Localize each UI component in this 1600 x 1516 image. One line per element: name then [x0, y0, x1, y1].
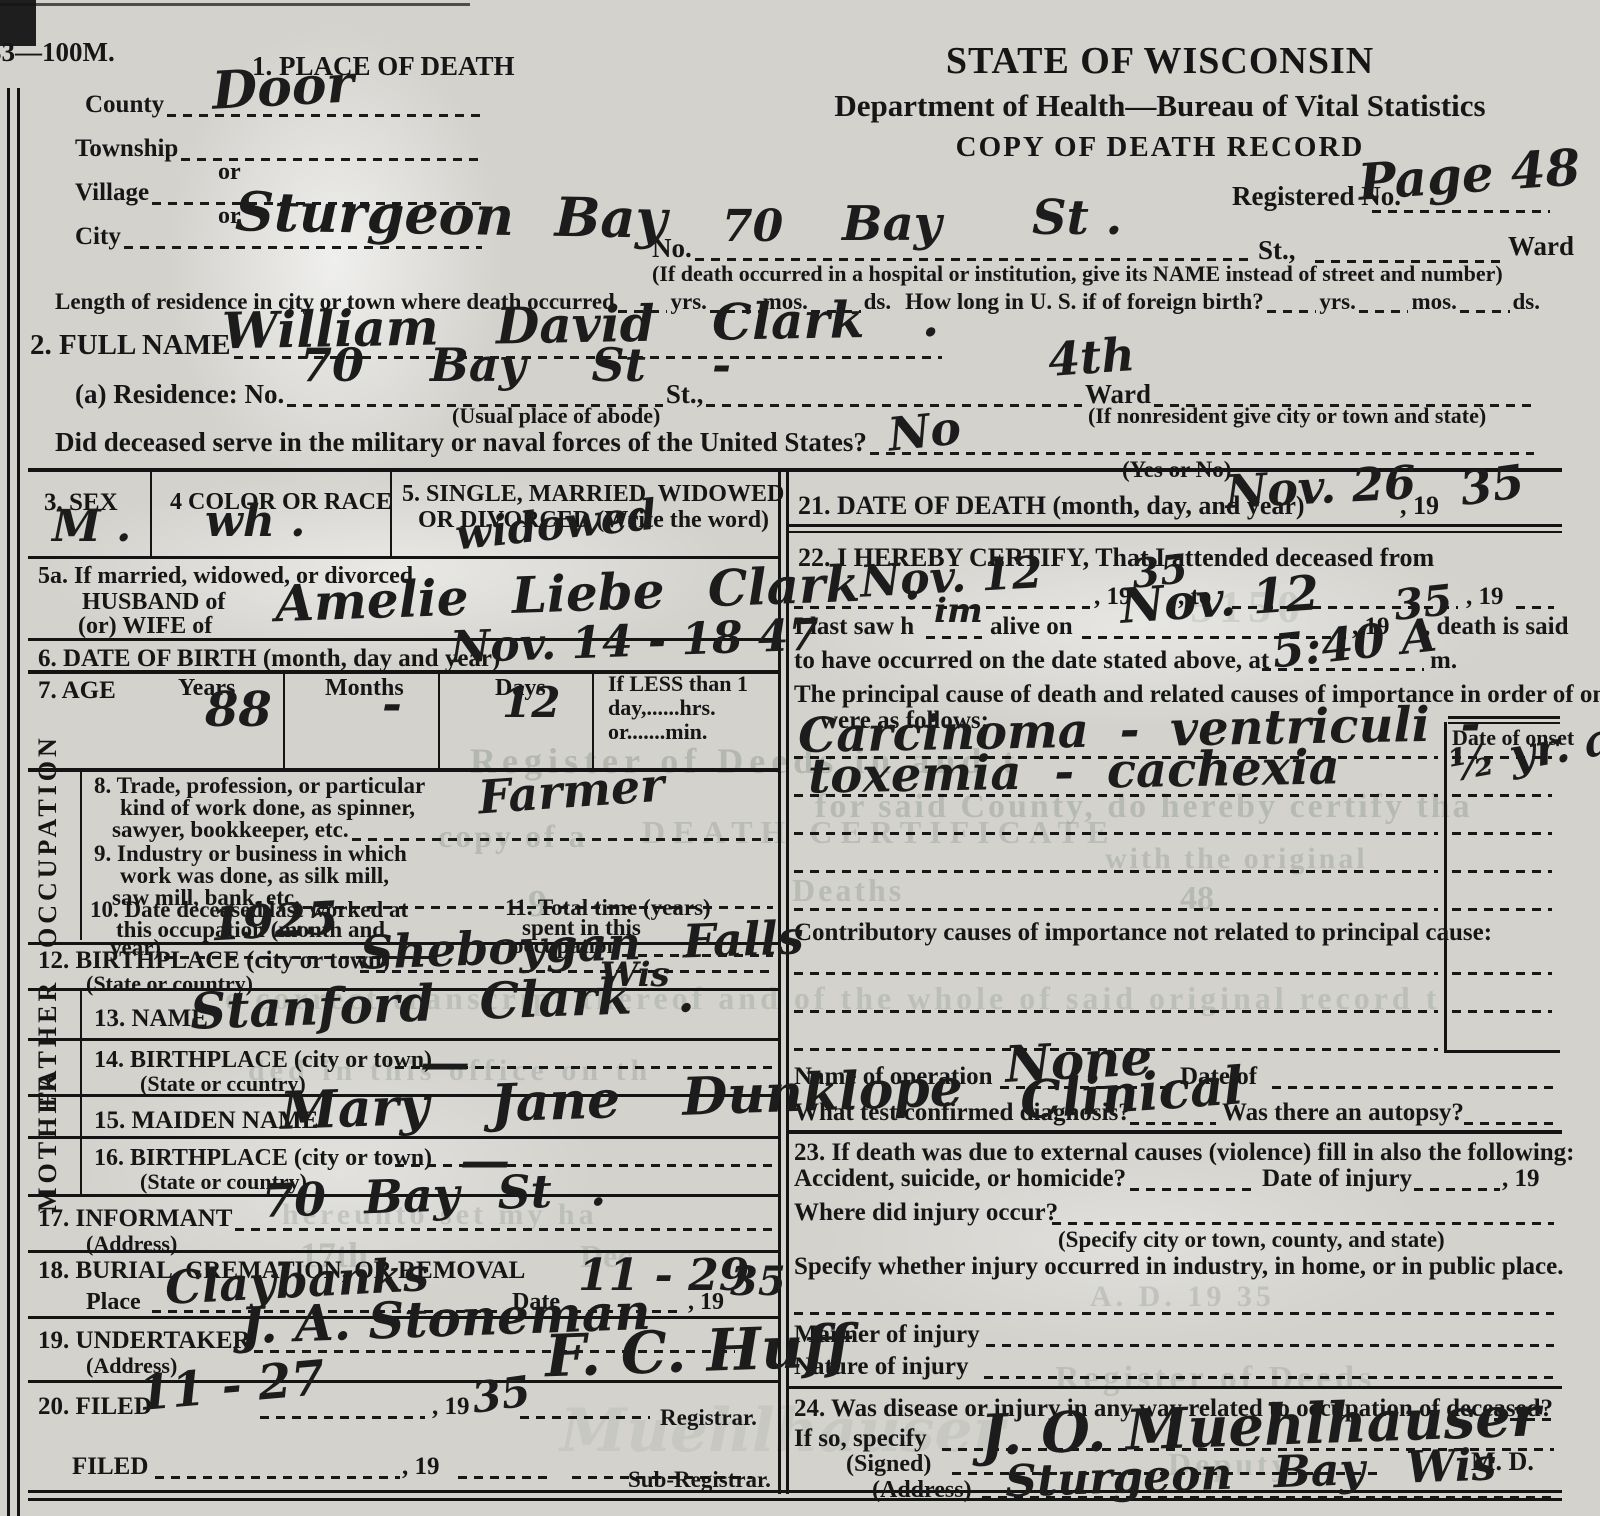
contrib-line [794, 972, 1438, 975]
cell-divider [592, 674, 594, 768]
q8-label-3: sawyer, bookkeeper, etc. [112, 818, 349, 842]
cell-divider [150, 472, 152, 556]
cell-divider [438, 674, 440, 768]
death-record-scan: 33—100M. 1. PLACE OF DEATH County Door T… [0, 0, 1600, 1516]
q21-rule-inner [789, 531, 1562, 533]
ghost-text: A. D. 19 35 [1090, 1280, 1275, 1314]
specify-city-note: (Specify city or town, county, and state… [1058, 1228, 1445, 1252]
injury-date-line [1414, 1188, 1500, 1191]
leader-line [1267, 295, 1317, 313]
registrar-label: Registrar. [660, 1406, 757, 1430]
cause2-handwriting: toxemia - cachexia [808, 743, 1341, 800]
onset-line [1452, 972, 1552, 975]
father-rule [80, 990, 82, 1094]
state-title: STATE OF WISCONSIN [760, 42, 1560, 82]
contrib-line [794, 1010, 1438, 1013]
where-injury-label: Where did injury occur? [794, 1200, 1058, 1226]
specify-line [794, 1312, 1554, 1315]
attended-to-year-printed: , 19 [1466, 584, 1504, 610]
accident-label: Accident, suicide, or homicide? [794, 1166, 1126, 1192]
leader-line [1359, 295, 1409, 313]
ghost-text: 48 [1180, 880, 1214, 918]
accident-line [1130, 1188, 1258, 1191]
street-no-value-handwriting: 70 [722, 205, 783, 249]
nonresident-note: (If nonresident give city or town and st… [1088, 404, 1486, 427]
q18-place-label: Place [86, 1290, 141, 1315]
left-border-outer [7, 88, 10, 1516]
q13-value-handwriting: Stanford Clark . [189, 969, 695, 1037]
registered-no-value-handwriting: Page 48 [1357, 142, 1582, 207]
onset-line [1452, 870, 1552, 873]
cause-line [794, 908, 1438, 911]
age-less-label-2: day,......hrs. [608, 696, 716, 719]
occupation-side-label: OCCUPATION [33, 758, 63, 948]
age-days-handwriting: 12 [502, 682, 560, 724]
form-code: 33—100M. [0, 38, 115, 66]
township-label: Township [75, 136, 178, 162]
q17-value-handwriting: 70 Bay St . [261, 1166, 606, 1224]
onset-box-vline [1444, 722, 1447, 1052]
section-rule [28, 1038, 780, 1041]
filed2-year-printed: , 19 [402, 1454, 440, 1480]
age-less-label-3: or.......min. [608, 720, 707, 743]
scan-top-edge [0, 3, 470, 6]
q16-label: 16. BIRTHPLACE (city or town) [94, 1146, 432, 1171]
residence-label: (a) Residence: No. [75, 380, 284, 408]
occurred-label: to have occurred on the date stated abov… [794, 648, 1269, 674]
onset-box-bottom [1444, 1050, 1560, 1053]
q21-value-handwriting: Nov. 26 [1224, 459, 1417, 515]
test-value-handwriting: Clinical [1018, 1060, 1245, 1127]
spouse-label-2: HUSBAND of [82, 590, 225, 615]
q20-year-handwriting: 35 [469, 1370, 533, 1420]
q17-label: 17. INFORMANT [38, 1206, 232, 1232]
q19-label: 19. UNDERTAKER [38, 1328, 251, 1354]
abode-note: (Usual place of abode) [452, 404, 660, 427]
filed2-line-2 [458, 1476, 548, 1479]
cell-divider [283, 674, 285, 768]
contributory-label: Contributory causes of importance not re… [794, 920, 1492, 946]
q21-year-handwriting: 35 [1457, 458, 1527, 512]
sex-value-handwriting: M . [52, 505, 131, 549]
department-title: Department of Health—Bureau of Vital Sta… [760, 90, 1560, 123]
onset-line [1452, 794, 1552, 797]
residence-value-handwriting: 70 Bay St - [300, 342, 731, 388]
dob-label: 6. DATE OF BIRTH (month, day and year) [38, 646, 500, 672]
military-question: Did deceased serve in the military or na… [55, 428, 867, 456]
manner-line [986, 1344, 1554, 1347]
q20-label: 20. FILED [38, 1394, 152, 1420]
ghost-text: Deaths [792, 872, 904, 909]
section-rule [789, 1130, 1562, 1134]
registrar-signature-handwriting: F. C. Huff [544, 1317, 852, 1386]
occupation-rule [80, 772, 82, 940]
nature-line [984, 1376, 1554, 1379]
city-label: City [75, 224, 121, 250]
cause-line [794, 870, 1438, 873]
left-border-inner [17, 88, 20, 1516]
autopsy-line [1464, 1122, 1554, 1125]
mother-rule [80, 1096, 82, 1196]
q20-year-printed: , 19 [432, 1394, 470, 1420]
foreign-birth-label: How long in U. S. if of foreign birth? [905, 290, 1264, 314]
q20-date-handwriting: 11 - 27 [136, 1354, 326, 1418]
cause-line [794, 832, 1438, 835]
where-injury-line [1052, 1222, 1554, 1225]
leader-line [352, 823, 773, 841]
him-handwriting: im [934, 594, 983, 628]
race-value-handwriting: wh . [205, 500, 306, 544]
street-suffix-handwriting: St . [1032, 194, 1122, 242]
q21-rule-outer [789, 524, 1562, 527]
autopsy-label: Was there an autopsy? [1222, 1100, 1464, 1126]
mos-label: mos. [1411, 290, 1456, 314]
q10-value-handwriting: 1925 [209, 895, 339, 948]
age-months-handwriting: - [382, 680, 402, 728]
onset-line [1452, 832, 1552, 835]
military-answer-handwriting: No [886, 404, 963, 457]
onset-line [1452, 1010, 1552, 1013]
yrs-label: yrs. [1319, 290, 1355, 314]
full-name-label: 2. FULL NAME [30, 330, 231, 360]
q23-label: 23. If death was due to external causes … [794, 1140, 1575, 1166]
if-so-label: If so, specify [794, 1426, 927, 1452]
last-saw-him-line [926, 636, 982, 639]
injury-year-printed: , 19 [1502, 1166, 1540, 1192]
operation-date-line [1272, 1086, 1554, 1089]
q18-year-handwriting: 35 [730, 1262, 786, 1302]
signed-label: (Signed) [846, 1452, 931, 1477]
leader-line [706, 389, 1082, 407]
filed2-label: FILED [72, 1454, 148, 1480]
q8-value-handwriting: Farmer [477, 762, 666, 821]
mother-side-label: MOTHER [33, 1082, 63, 1212]
address-label: (Address) [872, 1478, 972, 1503]
filed2-line [155, 1476, 400, 1479]
q14-label: 14. BIRTHPLACE (city or town) [94, 1048, 432, 1073]
age-years-handwriting: 88 [205, 686, 272, 734]
street-name-handwriting: Bay [842, 200, 942, 248]
attended-to-year-line [1516, 606, 1554, 609]
leader-line [1460, 295, 1510, 313]
registered-no-line [1372, 210, 1550, 213]
onset-line [1452, 908, 1552, 911]
age-less-label-1: If LESS than 1 [608, 672, 748, 695]
q20-line [260, 1416, 425, 1419]
section-rule [28, 556, 780, 559]
leader-line [870, 437, 1534, 455]
county-value-handwriting: Door [211, 58, 355, 117]
dob-value-handwriting: Nov. 14 - 18 47 [449, 614, 820, 671]
q20-line-2 [520, 1416, 650, 1419]
specify-industry-label: Specify whether injury occurred in indus… [794, 1254, 1564, 1280]
ds-label: ds. [1513, 290, 1541, 314]
q12-value-handwriting: Sheboygan Falls [359, 914, 804, 975]
ward-label: Ward [1508, 232, 1574, 260]
age-label: 7. AGE [38, 678, 116, 704]
date-of-injury-label: Date of injury [1262, 1166, 1412, 1192]
section-rule [28, 768, 780, 772]
last-saw-label-2: alive on [990, 614, 1073, 640]
county-label: County [85, 92, 164, 118]
village-label: Village [75, 180, 149, 206]
sub-registrar-label: Sub-Registrar. [628, 1468, 771, 1492]
hospital-note: (If death occurred in a hospital or inst… [652, 262, 1503, 285]
ward-value-handwriting: 4th [1047, 331, 1137, 383]
city-value-handwriting: Sturgeon Bay [235, 184, 668, 246]
spouse-label-3: (or) WIFE of [78, 614, 212, 639]
